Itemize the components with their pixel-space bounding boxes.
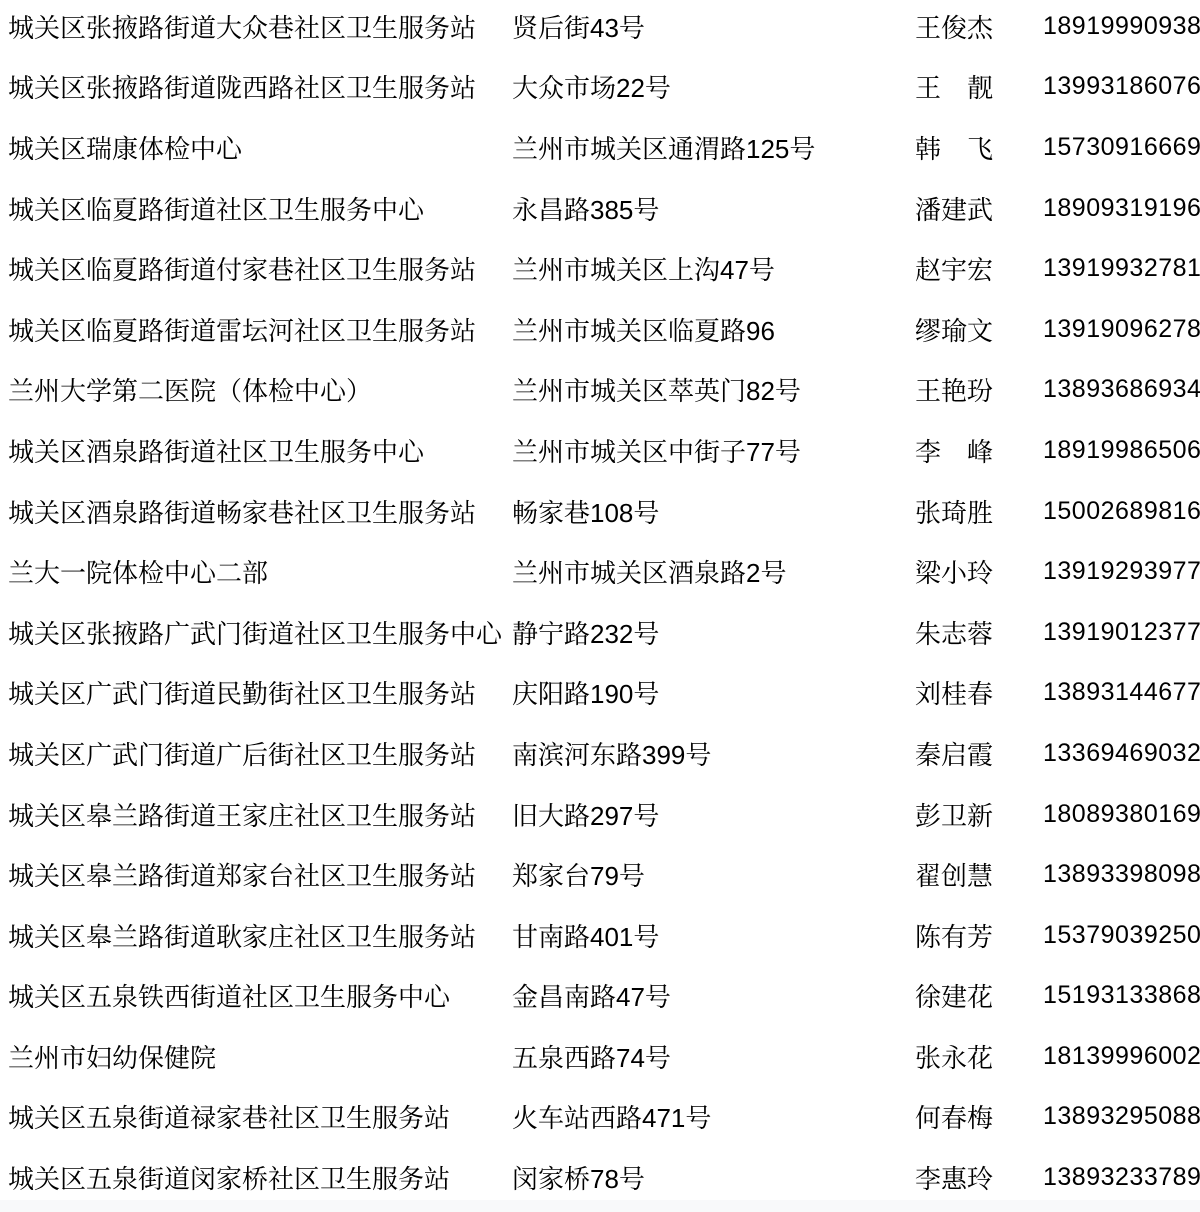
table-row: 城关区皋兰路街道王家庄社区卫生服务站 旧大路297号 彭卫新 180893801… [0, 784, 1200, 845]
table-row: 城关区广武门街道广后街社区卫生服务站 南滨河东路399号 秦启霞 1336946… [0, 723, 1200, 784]
institution-address: 旧大路297号 [512, 796, 915, 833]
institution-name: 城关区张掖路广武门街道社区卫生服务中心 [8, 614, 512, 651]
contact-person: 徐建花 [915, 977, 1043, 1014]
institution-address: 兰州市城关区中街子77号 [512, 432, 915, 469]
contact-phone: 18089380169 [1043, 800, 1200, 829]
contact-person: 王艳玢 [915, 371, 1043, 408]
institution-name: 城关区广武门街道广后街社区卫生服务站 [8, 735, 512, 772]
contact-person: 王俊杰 [915, 8, 1043, 45]
institution-address: 兰州市城关区通渭路125号 [512, 129, 915, 166]
contact-phone: 13919932781 [1043, 254, 1200, 283]
contact-person: 彭卫新 [915, 796, 1043, 833]
table-row: 城关区张掖路广武门街道社区卫生服务中心 静宁路232号 朱志蓉 13919012… [0, 602, 1200, 663]
contact-phone: 15379039250 [1043, 921, 1200, 950]
institution-name: 城关区酒泉路街道社区卫生服务中心 [8, 432, 512, 469]
institution-name: 城关区五泉铁西街道社区卫生服务中心 [8, 977, 512, 1014]
institution-address: 静宁路232号 [512, 614, 915, 651]
table-row: 城关区五泉街道禄家巷社区卫生服务站 火车站西路471号 何春梅 13893295… [0, 1087, 1200, 1148]
contact-person: 张琦胜 [915, 493, 1043, 530]
institution-address: 兰州市城关区酒泉路2号 [512, 553, 915, 590]
institution-name: 城关区五泉街道禄家巷社区卫生服务站 [8, 1098, 512, 1135]
contact-phone: 13893686934 [1043, 375, 1200, 404]
contact-phone: 15002689816 [1043, 497, 1200, 526]
institution-address: 畅家巷108号 [512, 493, 915, 530]
table-row: 城关区张掖路街道大众巷社区卫生服务站 贤后街43号 王俊杰 1891999093… [0, 0, 1200, 57]
institution-address: 永昌路385号 [512, 190, 915, 227]
institution-name: 兰大一院体检中心二部 [8, 553, 512, 590]
institution-name: 城关区皋兰路街道王家庄社区卫生服务站 [8, 796, 512, 833]
table-row: 兰州市妇幼保健院 五泉西路74号 张永花 18139996002 [0, 1026, 1200, 1087]
institution-name: 城关区皋兰路街道耿家庄社区卫生服务站 [8, 917, 512, 954]
table-row: 城关区临夏路街道付家巷社区卫生服务站 兰州市城关区上沟47号 赵宇宏 13919… [0, 238, 1200, 299]
institution-name: 兰州市妇幼保健院 [8, 1038, 512, 1075]
contact-phone: 13893398098 [1043, 860, 1200, 889]
contact-person: 朱志蓉 [915, 614, 1043, 651]
contact-person: 张永花 [915, 1038, 1043, 1075]
document-page: 城关区张掖路街道大众巷社区卫生服务站 贤后街43号 王俊杰 1891999093… [0, 0, 1200, 1212]
contact-phone: 13893144677 [1043, 678, 1200, 707]
contact-person: 翟创慧 [915, 856, 1043, 893]
contact-phone: 15730916669 [1043, 133, 1200, 162]
table-row: 城关区临夏路街道社区卫生服务中心 永昌路385号 潘建武 18909319196 [0, 178, 1200, 239]
contact-phone: 15193133868 [1043, 981, 1200, 1010]
contact-person: 李惠玲 [915, 1159, 1043, 1196]
table-row: 城关区五泉街道闵家桥社区卫生服务站 闵家桥78号 李惠玲 13893233789 [0, 1147, 1200, 1208]
contact-person: 韩 飞 [915, 129, 1043, 166]
institution-address: 兰州市城关区临夏路96 [512, 311, 915, 348]
table-row: 城关区皋兰路街道郑家台社区卫生服务站 郑家台79号 翟创慧 1389339809… [0, 844, 1200, 905]
institution-name: 城关区临夏路街道社区卫生服务中心 [8, 190, 512, 227]
table-row: 兰州大学第二医院（体检中心） 兰州市城关区萃英门82号 王艳玢 13893686… [0, 360, 1200, 421]
institution-address: 火车站西路471号 [512, 1098, 915, 1135]
contact-person: 秦启霞 [915, 735, 1043, 772]
institution-address: 贤后街43号 [512, 8, 915, 45]
institution-address: 兰州市城关区萃英门82号 [512, 371, 915, 408]
table-row: 城关区酒泉路街道畅家巷社区卫生服务站 畅家巷108号 张琦胜 150026898… [0, 481, 1200, 542]
institution-name: 城关区五泉街道闵家桥社区卫生服务站 [8, 1159, 512, 1196]
institution-name: 城关区临夏路街道付家巷社区卫生服务站 [8, 250, 512, 287]
table-row: 城关区五泉铁西街道社区卫生服务中心 金昌南路47号 徐建花 1519313386… [0, 966, 1200, 1027]
table-row: 城关区临夏路街道雷坛河社区卫生服务站 兰州市城关区临夏路96 缪瑜文 13919… [0, 299, 1200, 360]
table-row: 城关区广武门街道民勤街社区卫生服务站 庆阳路190号 刘桂春 138931446… [0, 663, 1200, 724]
contact-phone: 18919986506 [1043, 436, 1200, 465]
contact-person: 何春梅 [915, 1098, 1043, 1135]
contact-person: 梁小玲 [915, 553, 1043, 590]
institution-name: 城关区广武门街道民勤街社区卫生服务站 [8, 674, 512, 711]
institution-address: 庆阳路190号 [512, 674, 915, 711]
contact-person: 刘桂春 [915, 674, 1043, 711]
institution-name: 城关区酒泉路街道畅家巷社区卫生服务站 [8, 493, 512, 530]
contact-phone: 18919990938 [1043, 12, 1200, 41]
contact-phone: 13893295088 [1043, 1102, 1200, 1131]
institution-name: 城关区瑞康体检中心 [8, 129, 512, 166]
institution-address: 闵家桥78号 [512, 1159, 915, 1196]
institution-address: 五泉西路74号 [512, 1038, 915, 1075]
contact-phone: 13369469032 [1043, 739, 1200, 768]
institution-address: 兰州市城关区上沟47号 [512, 250, 915, 287]
contact-phone: 13919293977 [1043, 557, 1200, 586]
table-row: 兰大一院体检中心二部 兰州市城关区酒泉路2号 梁小玲 13919293977 [0, 541, 1200, 602]
institution-name: 城关区皋兰路街道郑家台社区卫生服务站 [8, 856, 512, 893]
contact-person: 王 靓 [915, 68, 1043, 105]
table-row: 城关区皋兰路街道耿家庄社区卫生服务站 甘南路401号 陈有芳 153790392… [0, 905, 1200, 966]
contact-phone: 13993186076 [1043, 72, 1200, 101]
table-row: 城关区瑞康体检中心 兰州市城关区通渭路125号 韩 飞 15730916669 [0, 117, 1200, 178]
contact-phone: 18909319196 [1043, 194, 1200, 223]
page-bottom-edge [0, 1200, 1200, 1212]
institution-name: 城关区张掖路街道陇西路社区卫生服务站 [8, 68, 512, 105]
table-row: 城关区张掖路街道陇西路社区卫生服务站 大众市场22号 王 靓 139931860… [0, 57, 1200, 118]
contact-phone: 18139996002 [1043, 1042, 1200, 1071]
contact-phone: 13919012377 [1043, 618, 1200, 647]
institution-address: 甘南路401号 [512, 917, 915, 954]
institution-address: 郑家台79号 [512, 856, 915, 893]
institution-address: 南滨河东路399号 [512, 735, 915, 772]
institution-name: 城关区张掖路街道大众巷社区卫生服务站 [8, 8, 512, 45]
institution-name: 兰州大学第二医院（体检中心） [8, 371, 512, 408]
contact-phone: 13919096278 [1043, 315, 1200, 344]
contact-phone: 13893233789 [1043, 1163, 1200, 1192]
institution-address: 金昌南路47号 [512, 977, 915, 1014]
contact-person: 李 峰 [915, 432, 1043, 469]
contact-person: 陈有芳 [915, 917, 1043, 954]
contact-person: 赵宇宏 [915, 250, 1043, 287]
institution-address: 大众市场22号 [512, 68, 915, 105]
health-station-contact-table: 城关区张掖路街道大众巷社区卫生服务站 贤后街43号 王俊杰 1891999093… [0, 0, 1200, 1208]
contact-person: 潘建武 [915, 190, 1043, 227]
table-row: 城关区酒泉路街道社区卫生服务中心 兰州市城关区中街子77号 李 峰 189199… [0, 420, 1200, 481]
contact-person: 缪瑜文 [915, 311, 1043, 348]
institution-name: 城关区临夏路街道雷坛河社区卫生服务站 [8, 311, 512, 348]
